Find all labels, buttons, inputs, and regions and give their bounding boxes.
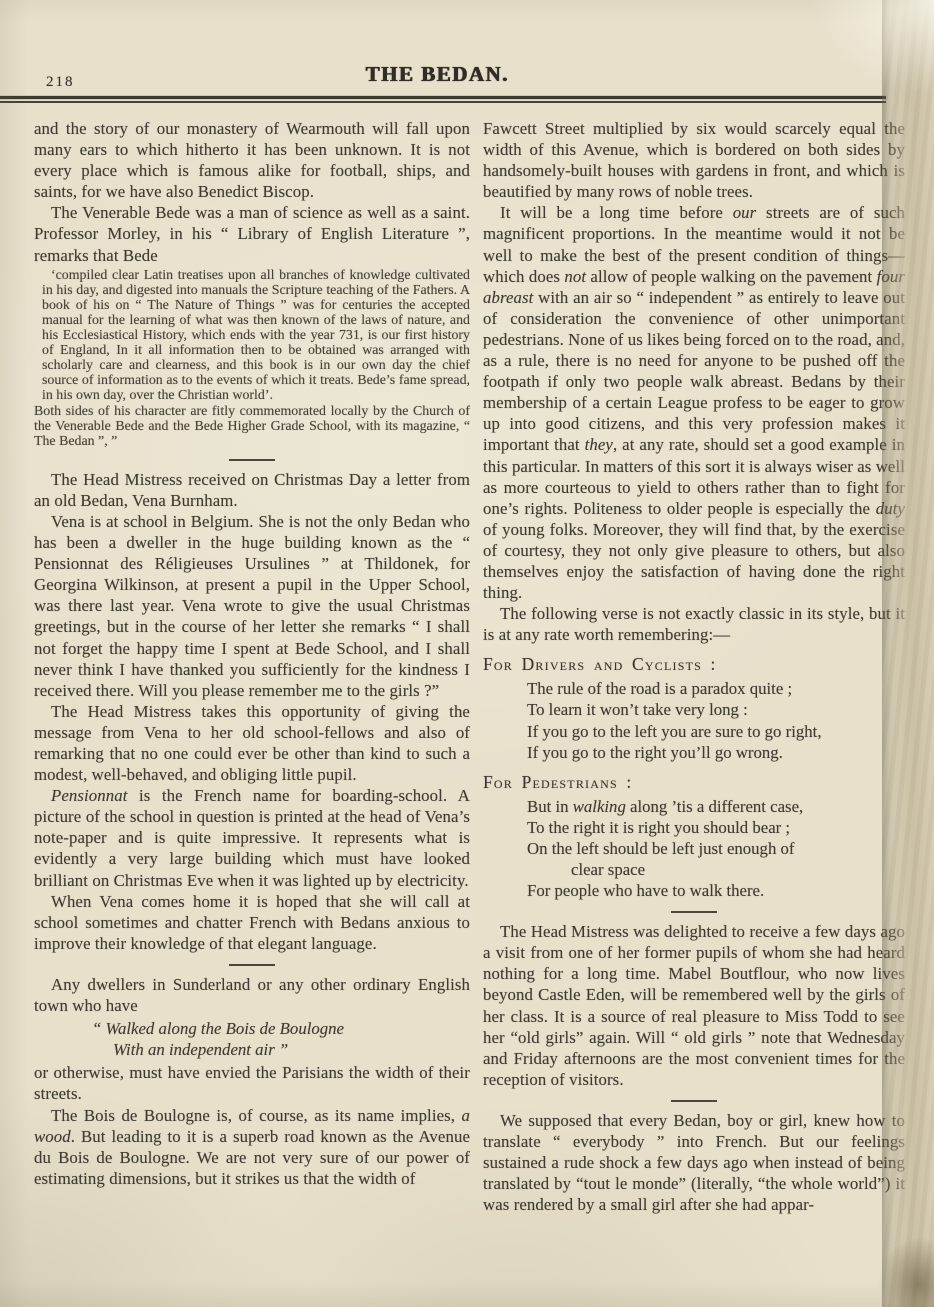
section-divider — [671, 1100, 717, 1102]
paragraph-pensionnat: Pensionnat is the French name for boardi… — [34, 785, 470, 890]
verse-line: For people who have to walk there. — [527, 880, 905, 901]
heading-for-drivers-and-cyclists: For Drivers and Cyclists : — [483, 654, 905, 675]
verse-line: If you go to the left you are sure to go… — [527, 721, 905, 742]
paragraph-or-otherwise: or otherwise, must have envied the Paris… — [34, 1062, 470, 1104]
paragraph-mabel-boutflour: The Head Mistress was delighted to recei… — [483, 921, 905, 1090]
right-column: Fawcett Street multiplied by six would s… — [483, 118, 905, 1215]
paragraph-following-verse: The following verse is not exactly class… — [483, 603, 905, 645]
scanned-page: 218 THE BEDAN. and the story of our mona… — [0, 0, 934, 1307]
verse-pedestrians: But in walking along ’tis a different ca… — [527, 796, 905, 901]
verse-line: But in walking along ’tis a different ca… — [527, 796, 905, 817]
paragraph-venerable-bede: The Venerable Bede was a man of science … — [34, 202, 470, 265]
section-divider — [229, 459, 275, 461]
verse-line: If you go to the right you’ll go wrong. — [527, 742, 905, 763]
verse-bois-quote: “ Walked along the Bois de Boulogne With… — [92, 1018, 470, 1060]
content-columns: and the story of our monastery of Wearmo… — [0, 118, 934, 1215]
blockquote-bede-excerpt: ‘compiled clear Latin treatises upon all… — [34, 268, 470, 404]
verse-line-continuation: clear space — [571, 859, 905, 880]
paragraph-head-mistress-letter: The Head Mistress received on Christmas … — [34, 469, 470, 511]
paragraph-our-streets: It will be a long time before our street… — [483, 202, 905, 603]
bottom-right-smudge — [850, 1203, 934, 1307]
paragraph-bois-de-boulogne: The Bois de Boulogne is, of course, as i… — [34, 1105, 470, 1189]
page-header: 218 THE BEDAN. — [0, 0, 934, 118]
section-divider — [671, 911, 717, 913]
verse-line: To learn it won’t take very long : — [527, 699, 905, 720]
verse-line: To the right it is right you should bear… — [527, 817, 905, 838]
verse-line: The rule of the road is a paradox quite … — [527, 678, 905, 699]
page-title: THE BEDAN. — [0, 62, 874, 87]
heading-for-pedestrians: For Pedestrians : — [483, 772, 905, 793]
header-rule — [0, 96, 886, 103]
paragraph-fawcett-street: Fawcett Street multiplied by six would s… — [483, 118, 905, 202]
section-divider — [229, 964, 275, 966]
verse-line: “ Walked along the Bois de Boulogne — [92, 1018, 470, 1039]
paragraph-vena-home: When Vena comes home it is hoped that sh… — [34, 891, 470, 954]
paragraph-vena-school: Vena is at school in Belgium. She is not… — [34, 511, 470, 701]
left-column: and the story of our monastery of Wearmo… — [34, 118, 470, 1215]
verse-drivers: The rule of the road is a paradox quite … — [527, 678, 905, 762]
paragraph-any-dwellers: Any dwellers in Sunderland or any other … — [34, 974, 470, 1016]
blockquote-tail: Both sides of his character are fitly co… — [34, 404, 470, 449]
paragraph-wearmouth-continuation: and the story of our monastery of Wearmo… — [34, 118, 470, 202]
paragraph-everybody-french: We supposed that every Bedan, boy or gir… — [483, 1110, 905, 1215]
verse-line: With an independent air ” — [113, 1039, 470, 1060]
paragraph-head-mistress-message: The Head Mistress takes this opportunity… — [34, 701, 470, 785]
verse-line: On the left should be left just enough o… — [527, 838, 905, 859]
